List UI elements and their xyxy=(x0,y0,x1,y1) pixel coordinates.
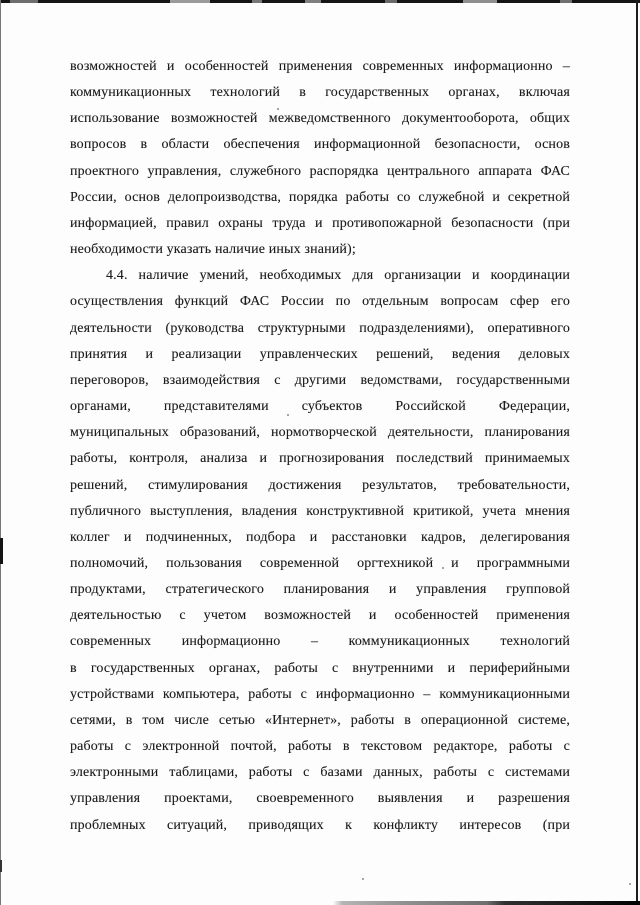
text-line: публичного выступления, владения констру… xyxy=(70,499,570,525)
document-text: возможностей и особенностей применения с… xyxy=(70,54,570,839)
text-line: в государственных органах, работы с внут… xyxy=(70,656,570,682)
text-line: переговоров, взаимодействия с другими ве… xyxy=(70,368,570,394)
text-line: решений, стимулирования достижения резул… xyxy=(70,473,570,499)
text-line: работы, контроля, анализа и прогнозирова… xyxy=(70,446,570,472)
text-line: работы с электронной почтой, работы в те… xyxy=(70,734,570,760)
scan-right-edge-line xyxy=(636,0,638,905)
scan-edge-patch xyxy=(170,0,210,3)
scan-edge-patch xyxy=(10,0,38,3)
scan-edge-patch xyxy=(385,0,397,3)
text-line: информацией, правил охраны труда и проти… xyxy=(70,211,570,237)
text-line: проблемных ситуаций, приводящих к конфли… xyxy=(70,813,570,839)
scan-edge-patch xyxy=(305,0,321,3)
scan-left-edge-mark xyxy=(0,860,2,872)
text-line: сетями, в том числе сетью «Интернет», ра… xyxy=(70,708,570,734)
text-line: управления проектами, своевременного выя… xyxy=(70,786,570,812)
scan-top-edge-strip xyxy=(0,0,640,3)
scan-edge-patch xyxy=(463,0,497,3)
text-line: коммуникационных технологий в государств… xyxy=(70,80,570,106)
scan-speck xyxy=(362,878,364,880)
text-line: вопросов в области обеспечения информаци… xyxy=(70,132,570,158)
text-line: принятия и реализации управленческих реш… xyxy=(70,342,570,368)
text-line: России, основ делопроизводства, порядка … xyxy=(70,185,570,211)
text-line: деятельности (руководства структурными п… xyxy=(70,316,570,342)
text-line: осуществления функций ФАС России по отде… xyxy=(70,289,570,315)
text-line: использование возможностей межведомствен… xyxy=(70,106,570,132)
text-line: коллег и подчиненных, подбора и расстано… xyxy=(70,525,570,551)
text-line: муниципальных образований, нормотворческ… xyxy=(70,420,570,446)
text-line: электронными таблицами, работы с базами … xyxy=(70,760,570,786)
text-line: устройствами компьютера, работы с информ… xyxy=(70,682,570,708)
text-line: необходимости указать наличие иных знани… xyxy=(70,237,570,263)
scan-left-edge-line xyxy=(0,0,1,905)
text-line: проектного управления, служебного распор… xyxy=(70,159,570,185)
text-line: полномочий, пользования современной оргт… xyxy=(70,551,570,577)
scan-speck xyxy=(629,883,631,885)
scan-left-edge-blob xyxy=(0,538,3,564)
text-line: органами, представителями субъектов Росс… xyxy=(70,394,570,420)
scan-edge-patch xyxy=(560,0,572,3)
scan-edge-patch xyxy=(252,0,262,3)
text-line: современных информационно – коммуникацио… xyxy=(70,629,570,655)
scan-bottom-edge-strip xyxy=(333,901,640,905)
text-line: продуктами, стратегического планирования… xyxy=(70,577,570,603)
text-line: возможностей и особенностей применения с… xyxy=(70,54,570,80)
scanned-document-page: возможностей и особенностей применения с… xyxy=(0,0,640,905)
text-line: 4.4. наличие умений, необходимых для орг… xyxy=(70,263,570,289)
text-line: деятельностью с учетом возможностей и ос… xyxy=(70,603,570,629)
